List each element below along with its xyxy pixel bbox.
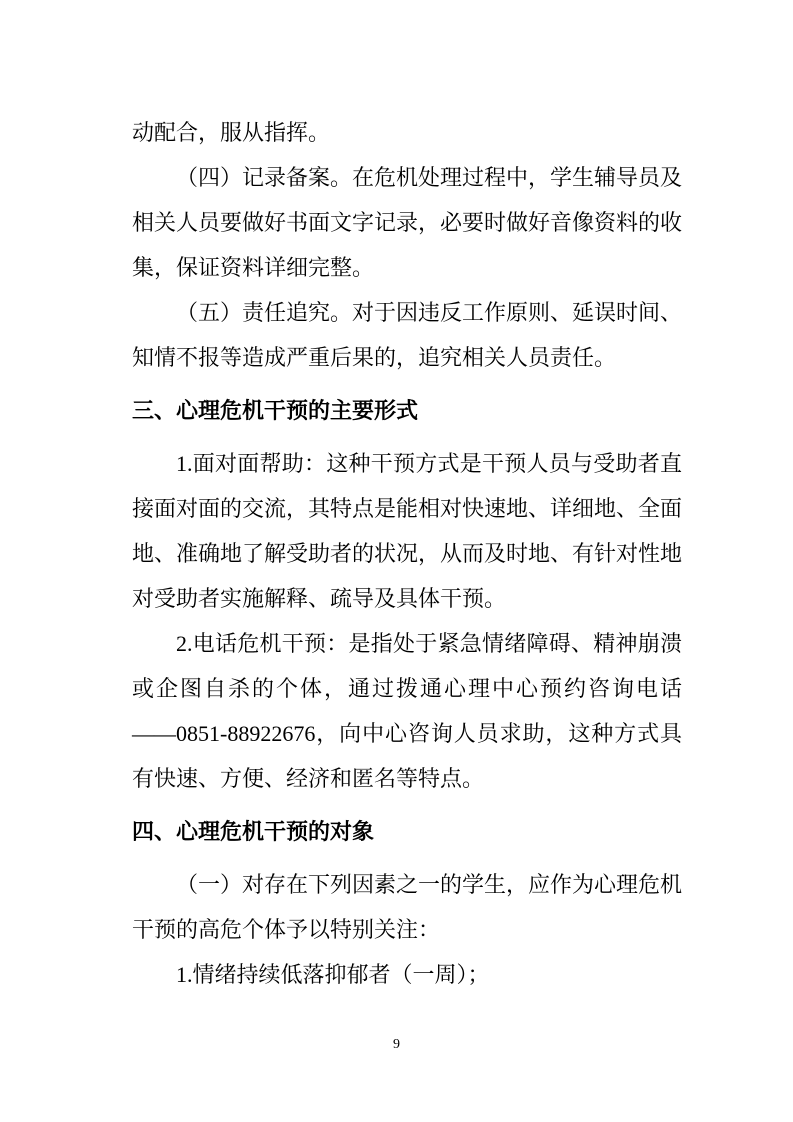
body-line: 有快速、方便、经济和匿名等特点。 — [132, 756, 682, 801]
section-heading-4: 四、心理危机干预的对象 — [132, 809, 682, 854]
body-line: 接面对面的交流，其特点是能相对快速地、详细地、全面 — [132, 486, 682, 531]
body-line: 知情不报等造成严重后果的，追究相关人员责任。 — [132, 335, 682, 380]
body-line: 动配合，服从指挥。 — [132, 110, 682, 155]
body-line-phone: ——0851-88922676，向中心咨询人员求助，这种方式具 — [132, 711, 682, 756]
body-line: （五）责任追究。对于因违反工作原则、延误时间、 — [132, 290, 682, 335]
section-heading-3: 三、心理危机干预的主要形式 — [132, 388, 682, 433]
document-text-block: 动配合，服从指挥。 （四）记录备案。在危机处理过程中，学生辅导员及 相关人员要做… — [132, 110, 682, 997]
body-line: 地、准确地了解受助者的状况，从而及时地、有针对性地 — [132, 531, 682, 576]
body-line: 1.情绪持续低落抑郁者（一周）； — [132, 952, 682, 997]
body-line: （四）记录备案。在危机处理过程中，学生辅导员及 — [132, 155, 682, 200]
body-line: 相关人员要做好书面文字记录，必要时做好音像资料的收 — [132, 200, 682, 245]
document-page: 动配合，服从指挥。 （四）记录备案。在危机处理过程中，学生辅导员及 相关人员要做… — [0, 0, 793, 1122]
body-line: 集，保证资料详细完整。 — [132, 245, 682, 290]
page-number: 9 — [0, 1034, 793, 1056]
body-line: 1.面对面帮助：这种干预方式是干预人员与受助者直 — [132, 441, 682, 486]
body-line: （一）对存在下列因素之一的学生，应作为心理危机 — [132, 862, 682, 907]
body-line: 对受助者实施解释、疏导及具体干预。 — [132, 576, 682, 621]
body-line: 2.电话危机干预：是指处于紧急情绪障碍、精神崩溃 — [132, 621, 682, 666]
body-line: 干预的高危个体予以特别关注： — [132, 907, 682, 952]
body-line: 或企图自杀的个体，通过拨通心理中心预约咨询电话 — [132, 666, 682, 711]
